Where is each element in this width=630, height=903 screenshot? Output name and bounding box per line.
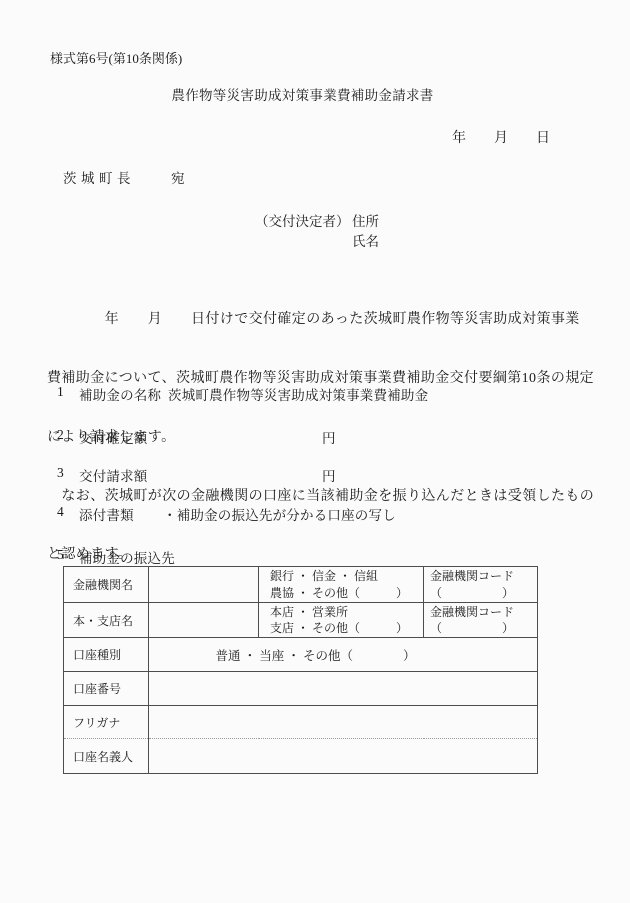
addressee-line: 茨城町長 宛 — [63, 171, 189, 187]
branch-code-cell: 金融機関コード （ ） — [424, 603, 538, 638]
item-number: 1 — [57, 384, 64, 400]
options-line: 銀行 ・ 信金 ・ 信組 — [270, 568, 423, 585]
item-unit-yen: 円 — [322, 465, 336, 485]
account-holder-input-cell — [149, 739, 538, 774]
item-number: 5 — [57, 547, 64, 563]
options-line: 支店 ・ その他（ ） — [270, 620, 423, 637]
item-subsidy-name: 1 補助金の名称 茨城町農作物等災害助成対策事業費補助金 — [0, 384, 630, 404]
account-type-options-cell: 普通 ・ 当座 ・ その他（ ） — [149, 638, 538, 672]
bank-table-label-furigana: フリガナ — [64, 706, 149, 739]
bank-table-label-institution: 金融機関名 — [64, 567, 149, 603]
document-title: 農作物等災害助成対策事業費補助金請求書 — [0, 88, 605, 104]
item-number: 2 — [57, 427, 64, 443]
item-label: 添付書類 — [79, 504, 134, 524]
institution-type-options-cell: 銀行 ・ 信金 ・ 信組 農協 ・ その他（ ） — [259, 567, 424, 603]
bank-table-label-branch: 本・支店名 — [64, 603, 149, 638]
item-requested-amount: 3 交付請求額 円 — [0, 465, 630, 485]
item-number: 3 — [57, 465, 64, 481]
item-label: 交付確定額 — [79, 427, 148, 447]
bank-transfer-table: 金融機関名 銀行 ・ 信金 ・ 信組 農協 ・ その他（ ） 金融機関コード （… — [63, 566, 538, 774]
branch-name-input-cell — [149, 603, 259, 638]
item-number: 4 — [57, 504, 64, 520]
issuer-name-label: 氏名 — [352, 234, 379, 250]
bank-table-label-account-type: 口座種別 — [64, 638, 149, 672]
date-line: 年 月 日 — [452, 131, 550, 147]
document-page: 様式第6号(第10条関係) 農作物等災害助成対策事業費補助金請求書 年 月 日 … — [0, 0, 630, 903]
item-label: 補助金の名称 — [79, 384, 161, 404]
item-confirmed-amount: 2 交付確定額 円 — [0, 427, 630, 447]
issuer-address-label: 住所 — [352, 214, 379, 230]
form-number: 様式第6号(第10条関係) — [50, 52, 182, 67]
item-value: ・補助金の振込先が分かる口座の写し — [163, 504, 396, 524]
code-label: 金融機関コード — [430, 604, 537, 621]
furigana-input-cell — [149, 706, 538, 739]
body-line: 年 月 日付けで交付確定のあった茨城町農作物等災害助成対策事業 — [47, 310, 594, 330]
institution-code-cell: 金融機関コード （ ） — [424, 567, 538, 603]
branch-type-options-cell: 本店 ・ 営業所 支店 ・ その他（ ） — [259, 603, 424, 638]
item-attachments: 4 添付書類 ・補助金の振込先が分かる口座の写し — [0, 504, 630, 524]
bank-table-label-account-holder: 口座名義人 — [64, 739, 149, 774]
options-line: 農協 ・ その他（ ） — [270, 585, 423, 602]
item-label: 交付請求額 — [79, 465, 148, 485]
options-line: 本店 ・ 営業所 — [270, 604, 423, 621]
item-label: 補助金の振込先 — [79, 547, 175, 567]
item-unit-yen: 円 — [322, 427, 336, 447]
issuer-prefix: （交付決定者） — [255, 214, 350, 230]
account-number-input-cell — [149, 672, 538, 706]
item-transfer-destination: 5 補助金の振込先 — [0, 547, 630, 567]
code-paren: （ ） — [430, 620, 537, 637]
institution-name-input-cell — [149, 567, 259, 603]
code-label: 金融機関コード — [430, 568, 537, 585]
item-value: 茨城町農作物等災害助成対策事業費補助金 — [168, 384, 428, 404]
code-paren: （ ） — [430, 585, 537, 602]
bank-table-label-account-number: 口座番号 — [64, 672, 149, 706]
